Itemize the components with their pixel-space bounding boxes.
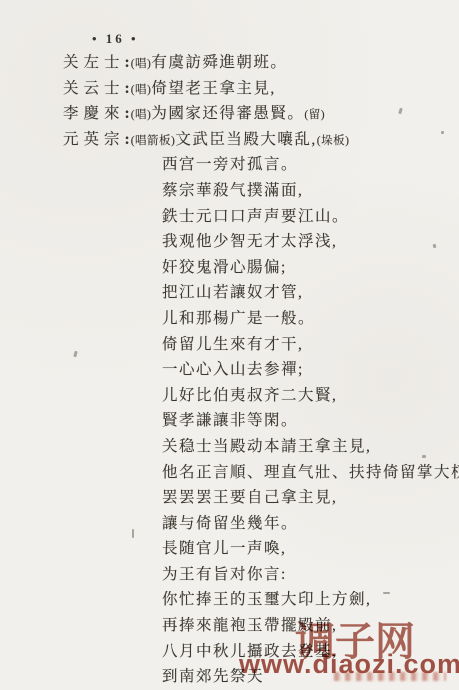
script-lines: 关左士:(唱)有虞訪舜進朝班。关云士:(唱)倚望老王拿主見,李慶來:(唱)为國家…	[63, 50, 457, 690]
scanned-script-page: • 16 • 关左士:(唱)有虞訪舜進朝班。关云士:(唱)倚望老王拿主見,李慶來…	[0, 0, 459, 690]
lyric-text: 儿好比伯夷叔齐二大賢,	[162, 387, 337, 404]
speaker-colon: :	[125, 80, 130, 97]
verse-line: 長随官儿一声喚,	[63, 536, 457, 562]
watermark-small-text-blur	[334, 672, 446, 681]
speaker-colon: :	[125, 105, 130, 122]
lyric-text: 为國家还得審愚賢。	[151, 105, 304, 122]
scan-noise-speck	[383, 592, 390, 594]
dialogue-line: 李慶來:(唱)为國家还得審愚賢。(留)	[63, 101, 457, 127]
stage-direction: (唱箭板)	[131, 135, 176, 147]
lyric-text: 关稳士当殿动本請王拿主見,	[162, 438, 371, 455]
stage-direction: (唱)	[131, 58, 152, 70]
dialogue-line: 关云士:(唱)倚望老王拿主見,	[63, 76, 457, 102]
lyric-text: 儿和那楊广是一般。	[162, 310, 315, 327]
verse-line: 儿好比伯夷叔齐二大賢,	[63, 383, 457, 409]
lyric-text: 蔡宗華殺气撲滿面,	[162, 182, 303, 199]
verse-line: 他名正言順、理直气壯、扶持倚留掌大权。	[63, 460, 457, 486]
verse-line: 为王有旨对你言:	[63, 562, 457, 588]
stage-direction: (唱)	[131, 109, 152, 121]
lyric-text: 你忙捧王的玉璽大印上方劍,	[162, 591, 371, 608]
verse-line: 賢孝謙讓非等閑。	[63, 408, 457, 434]
verse-line: 蔡宗華殺气撲滿面,	[63, 178, 457, 204]
speaker-name: 李慶來	[63, 105, 125, 122]
speaker-name: 元英宗	[63, 131, 125, 148]
verse-line: 把江山若讓奴才管,	[63, 280, 457, 306]
verse-line: 儿和那楊广是一般。	[63, 306, 457, 332]
page-number: • 16 •	[92, 31, 139, 47]
speaker-name: 关左士	[63, 54, 125, 71]
speaker-colon: :	[125, 131, 130, 148]
lyric-text: 把江山若讓奴才管,	[162, 284, 303, 301]
lyric-text: 西宫一旁对孤言。	[162, 156, 298, 173]
verse-line: 奸狡鬼滑心腸偏;	[63, 255, 457, 281]
verse-line: 我观他少智无才太浮浅,	[63, 229, 457, 255]
lyric-text: 他名正言順、理直气壯、扶持倚留掌大权。	[162, 464, 459, 481]
lyric-text: 为王有旨对你言:	[162, 566, 287, 583]
lyric-text: 倚留儿生來有才干,	[162, 336, 303, 353]
lyric-text: 鉄士元口口声声要江山。	[162, 208, 349, 225]
lyric-text: 長随官儿一声喚,	[162, 540, 286, 557]
speaker-name: 关云士	[63, 80, 125, 97]
lyric-text: 一心心入山去参禪;	[162, 361, 304, 378]
lyric-text: 有虞訪舜進朝班。	[151, 54, 287, 71]
dialogue-line: 关左士:(唱)有虞訪舜進朝班。	[63, 50, 457, 76]
stage-note: (留)	[304, 109, 325, 121]
dialogue-line: 元英宗:(唱箭板)文武臣当殿大嚷乱,(垛板)	[63, 127, 457, 153]
verse-line: 一心心入山去参禪;	[63, 357, 457, 383]
lyric-text: 讓与倚留坐幾年。	[162, 515, 298, 532]
scan-noise-speck	[132, 529, 134, 538]
lyric-text: 倚望老王拿主見,	[151, 80, 275, 97]
scan-noise-speck	[433, 244, 437, 249]
verse-line: 讓与倚留坐幾年。	[63, 511, 457, 537]
verse-line: 罢罢罢王要自己拿主見,	[63, 485, 457, 511]
lyric-text: 罢罢罢王要自己拿主見,	[162, 489, 337, 506]
scan-noise-speck	[441, 131, 444, 134]
verse-line: 鉄士元口口声声要江山。	[63, 204, 457, 230]
lyric-text: 我观他少智无才太浮浅,	[162, 233, 337, 250]
scan-noise-speck	[422, 455, 426, 458]
lyric-text: 文武臣当殿大嚷乱,	[175, 131, 316, 148]
stage-direction: (唱)	[131, 84, 152, 96]
speaker-colon: :	[125, 54, 130, 71]
verse-line: 西宫一旁对孤言。	[63, 152, 457, 178]
stage-note: (垛板)	[317, 135, 350, 147]
lyric-text: 奸狡鬼滑心腸偏;	[162, 259, 287, 276]
lyric-text: 賢孝謙讓非等閑。	[162, 412, 298, 429]
verse-line: 倚留儿生來有才干,	[63, 332, 457, 358]
verse-line: 关稳士当殿动本請王拿主見,	[63, 434, 457, 460]
